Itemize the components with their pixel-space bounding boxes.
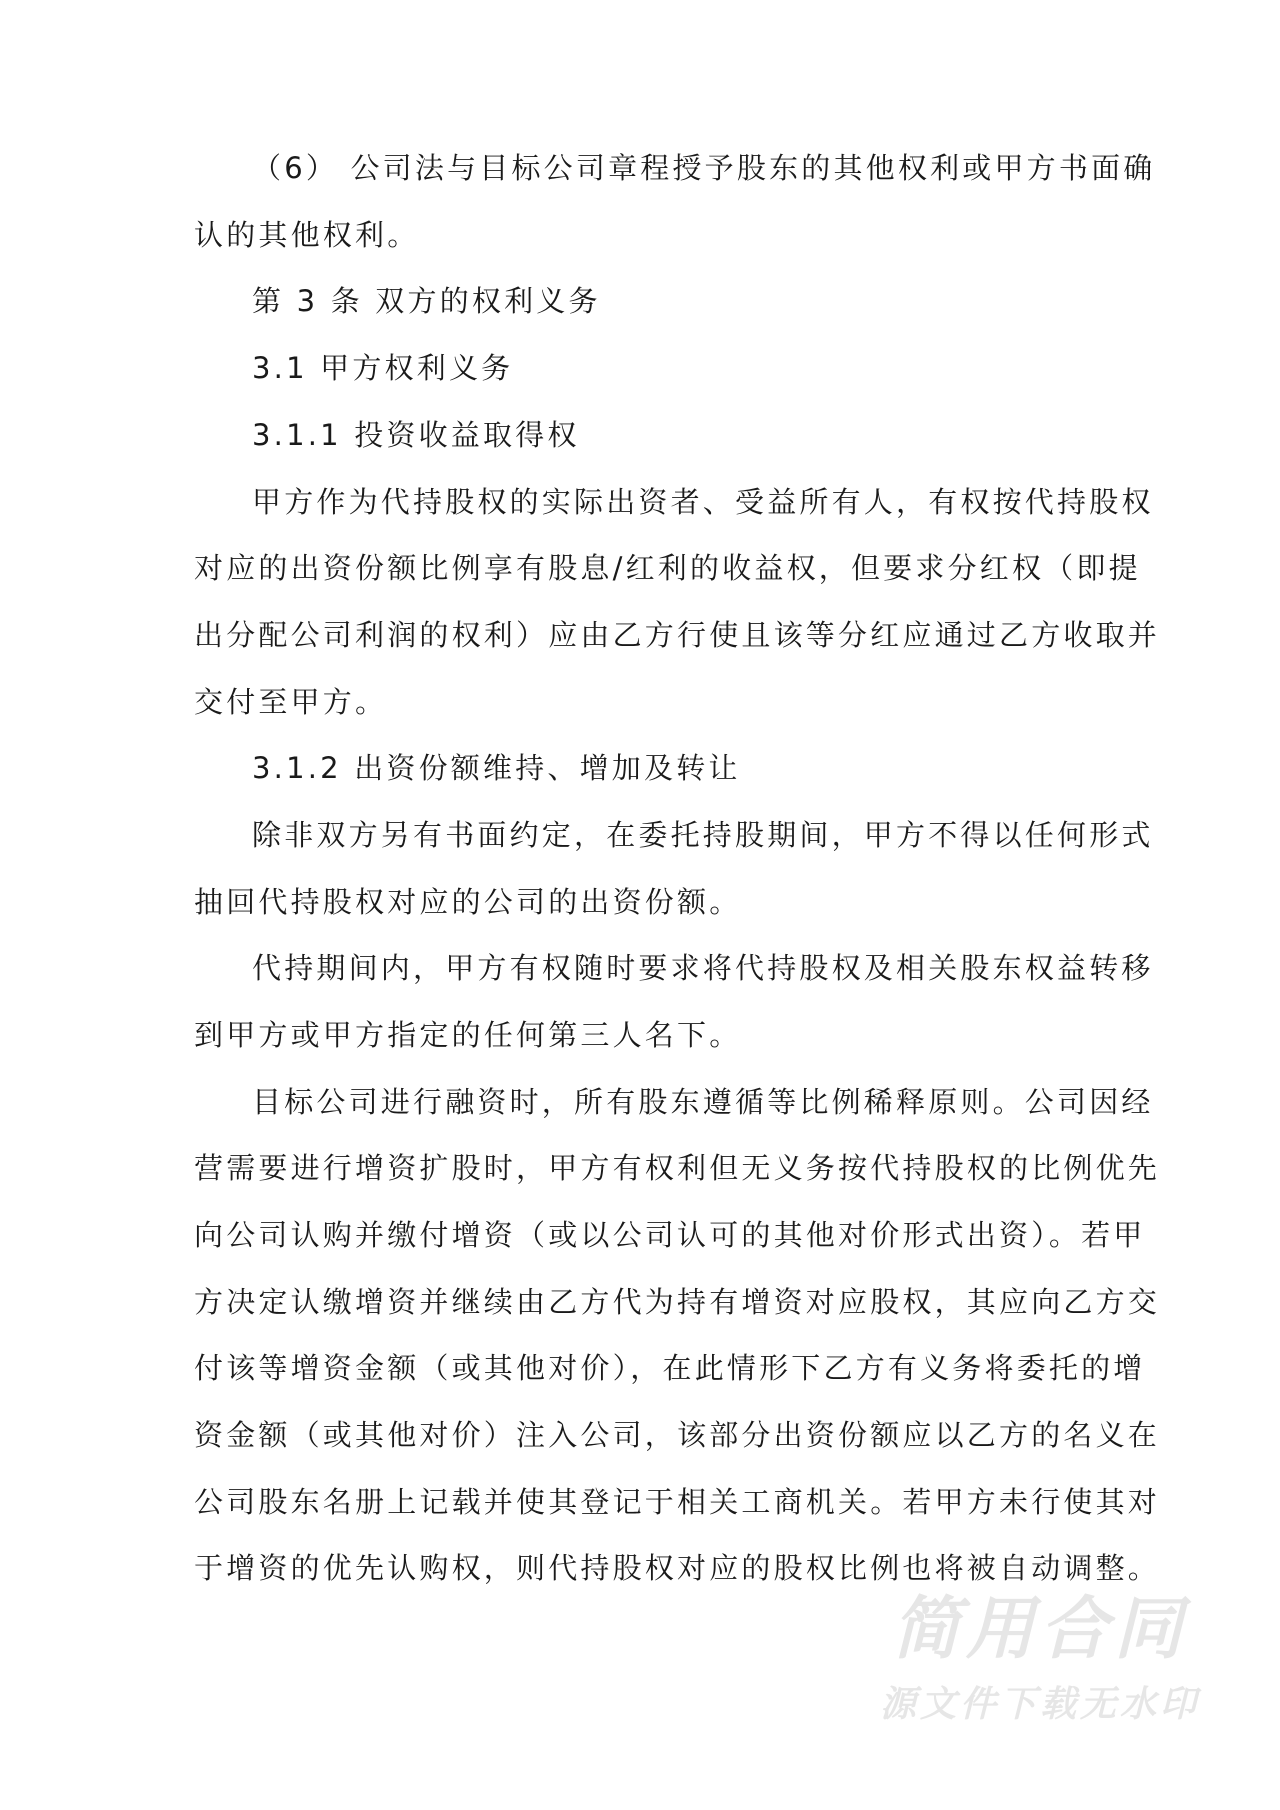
text-line: 目标公司进行融资时，所有股东遵循等比例稀释原则。公司因经 — [252, 1082, 1154, 1122]
text-line: 对应的出资份额比例享有股息/红利的收益权，但要求分红权（即提 — [194, 548, 1141, 588]
subsection-heading: 3.1.2 出资份额维持、增加及转让 — [252, 748, 741, 788]
subsection-heading: 3.1.1 投资收益取得权 — [252, 415, 580, 455]
text-line: 甲方作为代持股权的实际出资者、受益所有人，有权按代持股权 — [252, 482, 1154, 522]
text-line: 出分配公司利润的权利）应由乙方行使且该等分红应通过乙方收取并 — [194, 615, 1160, 655]
text-line: 方决定认缴增资并继续由乙方代为持有增资对应股权，其应向乙方交 — [194, 1282, 1160, 1322]
text-line: 资金额（或其他对价）注入公司，该部分出资份额应以乙方的名义在 — [194, 1415, 1160, 1455]
text-line: 向公司认购并缴付增资（或以公司认可的其他对价形式出资）。若甲 — [194, 1215, 1146, 1255]
text-line: 于增资的优先认购权，则代持股权对应的股权比例也将被自动调整。 — [194, 1548, 1160, 1588]
subsection-heading: 3.1 甲方权利义务 — [252, 348, 513, 388]
watermark-brand: 简用合同 — [880, 1590, 1200, 1670]
text-line: 营需要进行增资扩股时，甲方有权利但无义务按代持股权的比例优先 — [194, 1148, 1160, 1188]
text-line: （6） 公司法与目标公司章程授予股东的其他权利或甲方书面确 — [252, 148, 1155, 188]
text-line: 抽回代持股权对应的公司的出资份额。 — [194, 882, 741, 922]
text-line: 到甲方或甲方指定的任何第三人名下。 — [194, 1015, 741, 1055]
text-line: 交付至甲方。 — [194, 682, 387, 722]
watermark: 简用合同 源文件下载无水印 — [880, 1590, 1200, 1730]
section-heading: 第 3 条 双方的权利义务 — [252, 281, 601, 321]
text-line: 代持期间内，甲方有权随时要求将代持股权及相关股东权益转移 — [252, 948, 1154, 988]
text-line: 除非双方另有书面约定，在委托持股期间，甲方不得以任何形式 — [252, 815, 1154, 855]
text-line: 公司股东名册上记载并使其登记于相关工商机关。若甲方未行使其对 — [194, 1482, 1160, 1522]
text-line: 认的其他权利。 — [194, 215, 419, 255]
text-line: 付该等增资金额（或其他对价），在此情形下乙方有义务将委托的增 — [194, 1348, 1146, 1388]
watermark-caption: 源文件下载无水印 — [880, 1680, 1200, 1730]
